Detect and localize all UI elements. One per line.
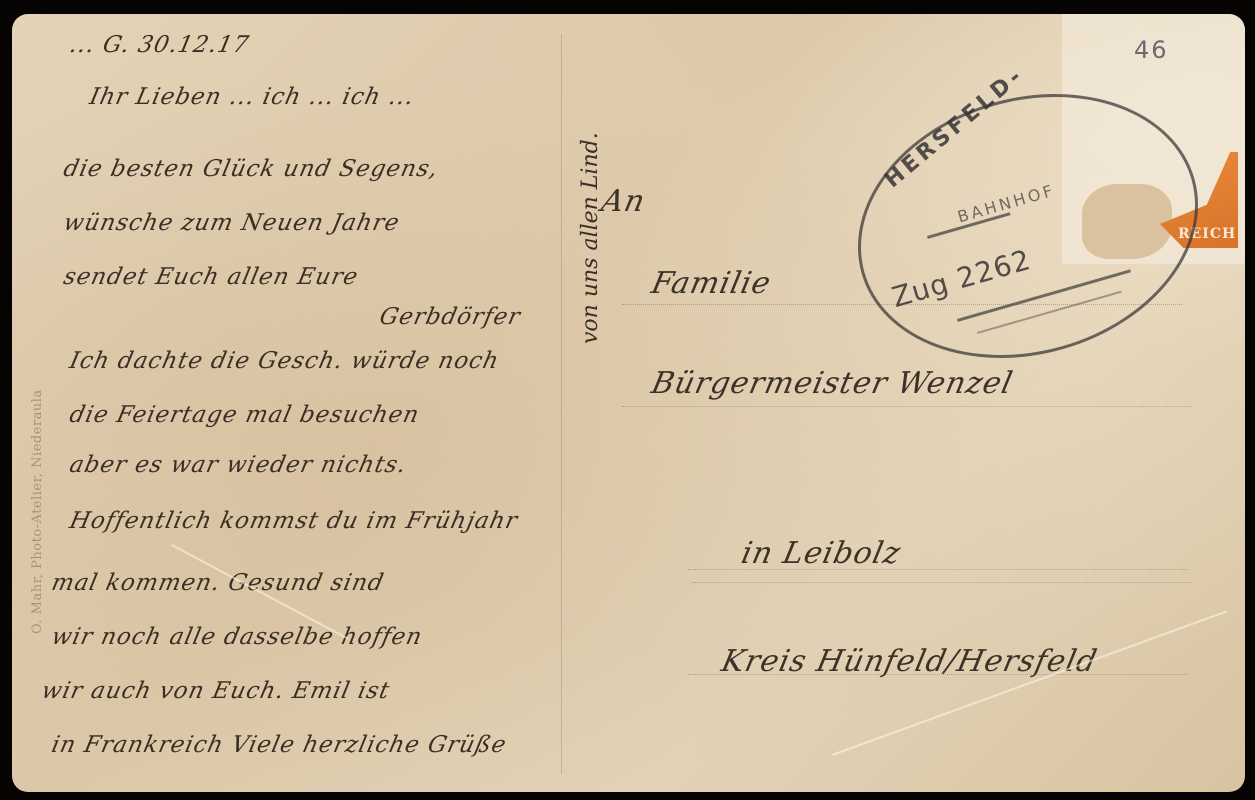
message-line: wir auch von Euch. Emil ist (39, 678, 392, 704)
address-line-3: in Leibolz (738, 536, 904, 571)
address-guide-line (688, 674, 1188, 675)
message-line: in Frankreich Viele herzliche Grüße (49, 732, 509, 758)
message-line: wünsche zum Neuen Jahre (61, 210, 402, 236)
message-line: mal kommen. Gesund sind (49, 570, 386, 596)
address-line-2: Bürgermeister Wenzel (648, 366, 1016, 401)
address-line-1: Familie (648, 266, 774, 301)
publisher-imprint: O. Mahr, Photo-Atelier, Niederaula (30, 389, 45, 634)
card-divider-line (561, 34, 562, 774)
message-line-date: ... G. 30.12.17 (67, 32, 251, 58)
archive-number: 46 (1134, 36, 1169, 64)
address-salutation: An (598, 184, 648, 219)
postcard: O. Mahr, Photo-Atelier, Niederaula ... G… (12, 14, 1245, 792)
message-signature: Gerbdörfer (377, 304, 523, 330)
address-guide-line (622, 406, 1192, 407)
message-line: die besten Glück und Segens, (61, 156, 441, 182)
message-line: wir noch alle dasselbe hoffen (49, 624, 425, 650)
paper-crease (832, 610, 1227, 756)
message-line: sendet Euch allen Eure (61, 264, 361, 290)
address-guide-line (688, 569, 1188, 570)
message-line: die Feiertage mal besuchen (67, 402, 422, 428)
message-line: Ihr Lieben ... ich ... ich ... (87, 84, 417, 110)
message-line: aber es war wieder nichts. (67, 452, 409, 478)
message-line: Ich dachte die Gesch. würde noch (67, 348, 502, 374)
margin-note: von uns allen Lind. (578, 132, 603, 344)
message-line: Hoffentlich kommst du im Frühjahr (67, 508, 520, 534)
address-guide-line (692, 582, 1192, 583)
